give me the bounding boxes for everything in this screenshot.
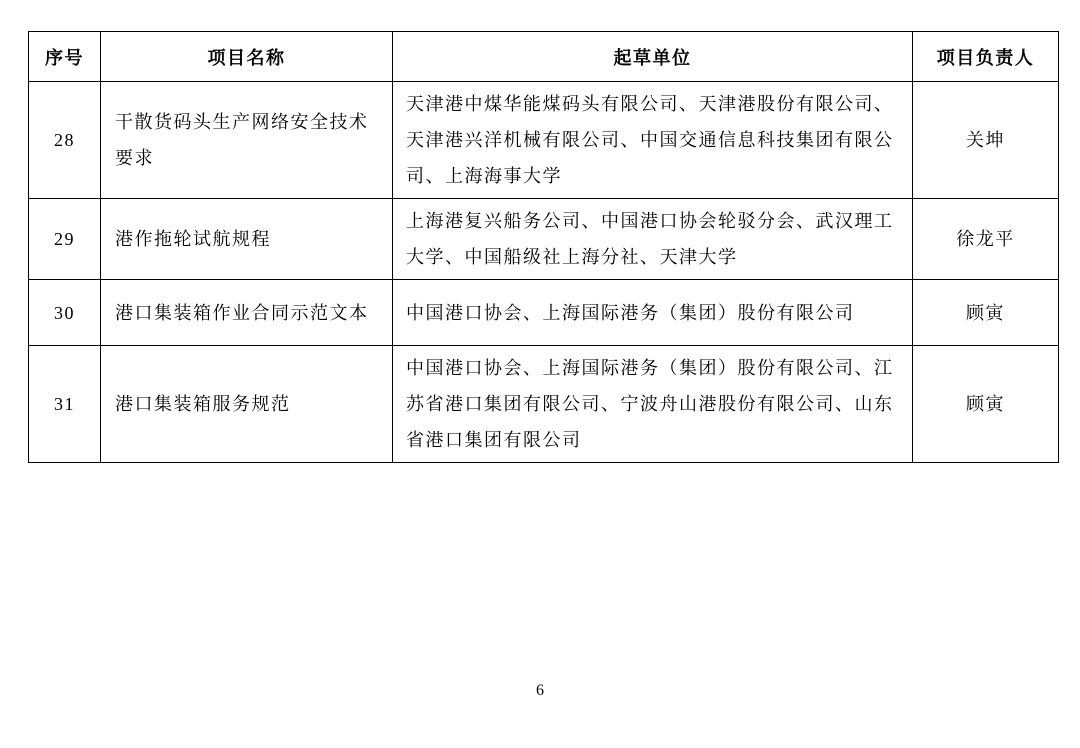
page-number: 6 — [0, 682, 1080, 700]
header-cell-project-leader: 项目负责人 — [913, 32, 1059, 82]
row-30-name-cell: 港口集装箱作业合同示范文本 — [101, 280, 393, 346]
table-header-row: 序号 项目名称 起草单位 项目负责人 — [29, 32, 1059, 82]
table-row-30: 30 港口集装箱作业合同示范文本 中国港口协会、上海国际港务（集团）股份有限公司… — [29, 280, 1059, 346]
row-31-units-cell: 中国港口协会、上海国际港务（集团）股份有限公司、江苏省港口集团有限公司、宁波舟山… — [393, 346, 913, 463]
header-cell-project-name: 项目名称 — [101, 32, 393, 82]
row-28-name-cell: 干散货码头生产网络安全技术要求 — [101, 82, 393, 199]
document-page: 序号 项目名称 起草单位 项目负责人 28 干散货码头生产网络安全技术要求 天津… — [0, 0, 1080, 748]
table-row-29: 29 港作拖轮试航规程 上海港复兴船务公司、中国港口协会轮驳分会、武汉理工大学、… — [29, 199, 1059, 280]
row-31-number-cell: 31 — [29, 346, 101, 463]
header-cell-drafting-units: 起草单位 — [393, 32, 913, 82]
row-30-number-cell: 30 — [29, 280, 101, 346]
row-31-name-cell: 港口集装箱服务规范 — [101, 346, 393, 463]
projects-table: 序号 项目名称 起草单位 项目负责人 28 干散货码头生产网络安全技术要求 天津… — [28, 31, 1059, 463]
row-28-leader-cell: 关坤 — [913, 82, 1059, 199]
row-30-leader-cell: 顾寅 — [913, 280, 1059, 346]
table-row-28: 28 干散货码头生产网络安全技术要求 天津港中煤华能煤码头有限公司、天津港股份有… — [29, 82, 1059, 199]
row-31-leader-cell: 顾寅 — [913, 346, 1059, 463]
row-30-units-cell: 中国港口协会、上海国际港务（集团）股份有限公司 — [393, 280, 913, 346]
header-cell-number: 序号 — [29, 32, 101, 82]
row-29-units-cell: 上海港复兴船务公司、中国港口协会轮驳分会、武汉理工大学、中国船级社上海分社、天津… — [393, 199, 913, 280]
row-29-number-cell: 29 — [29, 199, 101, 280]
row-29-leader-cell: 徐龙平 — [913, 199, 1059, 280]
row-28-units-cell: 天津港中煤华能煤码头有限公司、天津港股份有限公司、天津港兴洋机械有限公司、中国交… — [393, 82, 913, 199]
row-28-number-cell: 28 — [29, 82, 101, 199]
row-29-name-cell: 港作拖轮试航规程 — [101, 199, 393, 280]
table-row-31: 31 港口集装箱服务规范 中国港口协会、上海国际港务（集团）股份有限公司、江苏省… — [29, 346, 1059, 463]
